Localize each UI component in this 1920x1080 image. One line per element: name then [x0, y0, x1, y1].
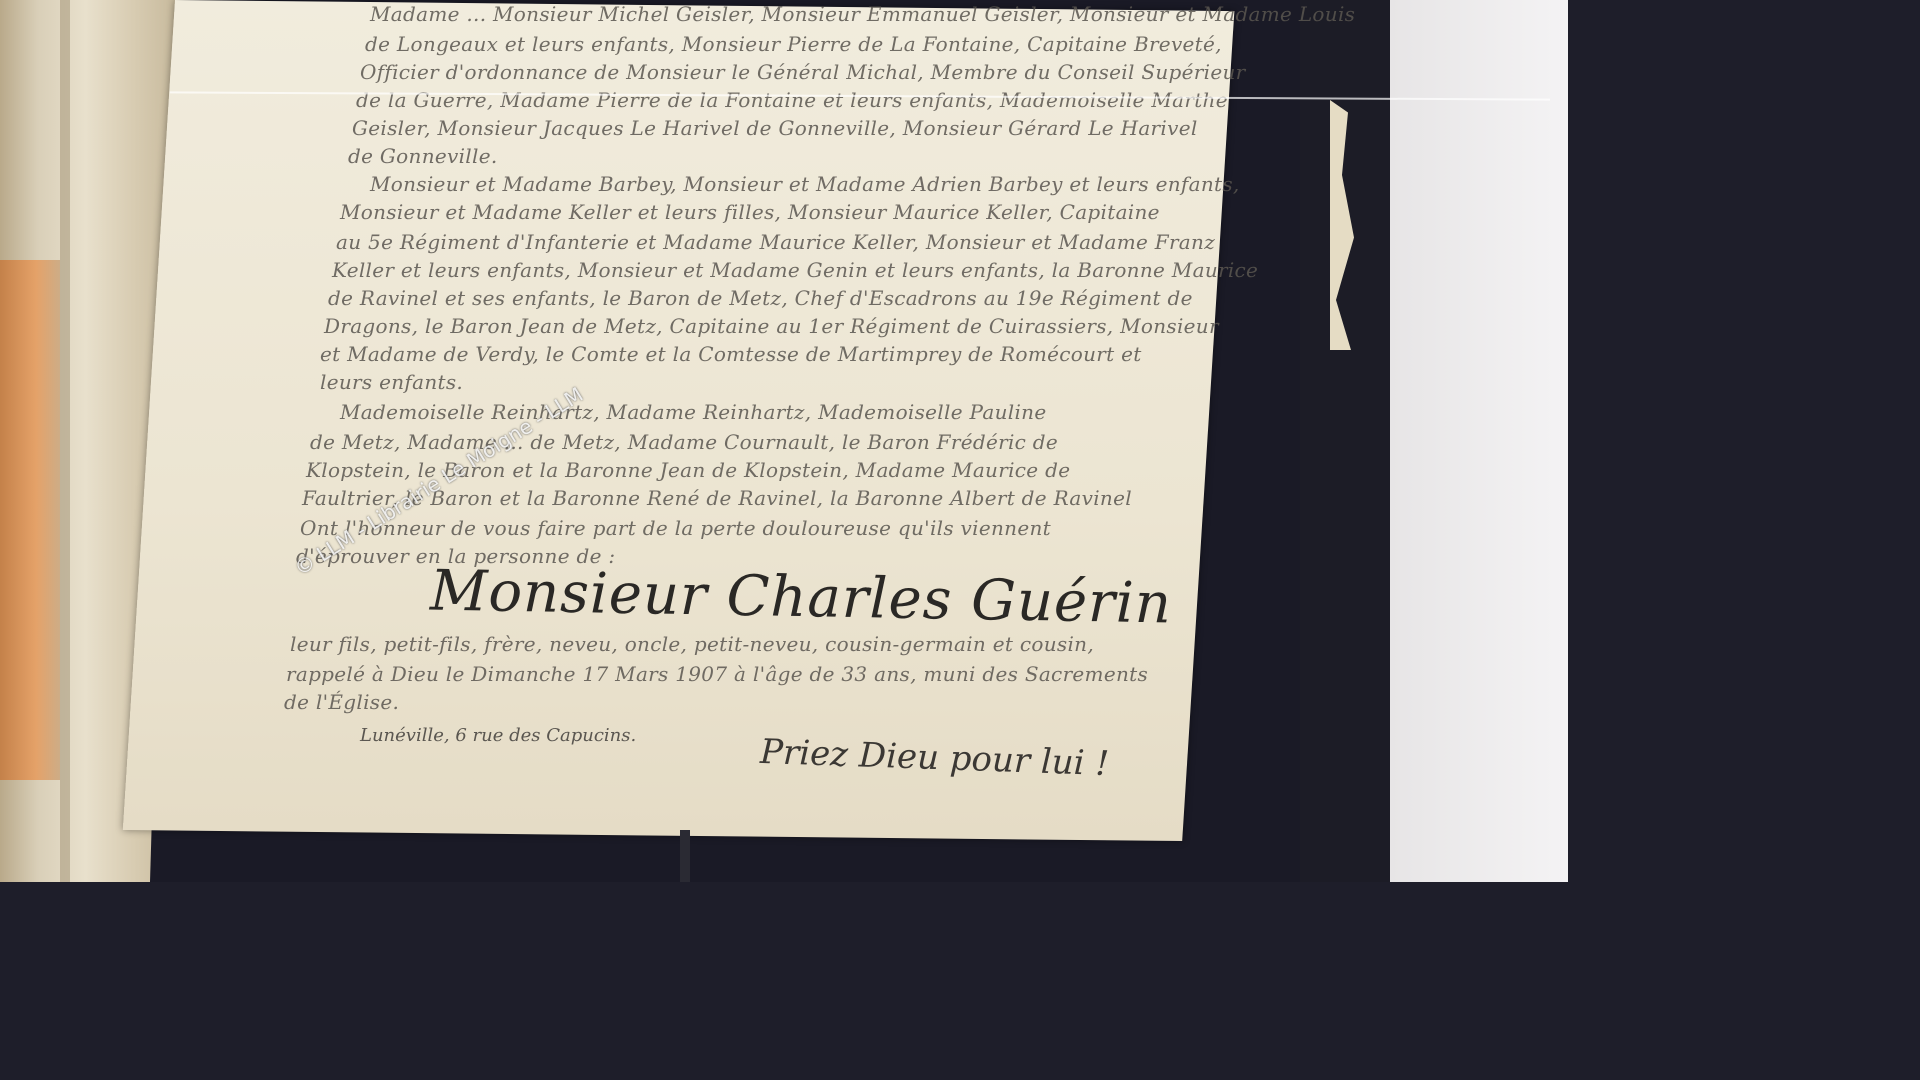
- bottom-fold: [680, 830, 690, 882]
- text-line: de l'Église.: [284, 690, 1284, 714]
- announcement-text-after: leur fils, petit-fils, frère, neveu, onc…: [190, 0, 1180, 830]
- text-line: leur fils, petit-fils, frère, neveu, onc…: [290, 632, 1290, 656]
- orange-page-edge: [0, 260, 60, 780]
- text-line: rappelé à Dieu le Dimanche 17 Mars 1907 …: [286, 662, 1286, 686]
- address-line: Lunéville, 6 rue des Capucins.: [360, 725, 636, 746]
- background-surface: [1390, 0, 1568, 882]
- page-edge: [60, 0, 70, 882]
